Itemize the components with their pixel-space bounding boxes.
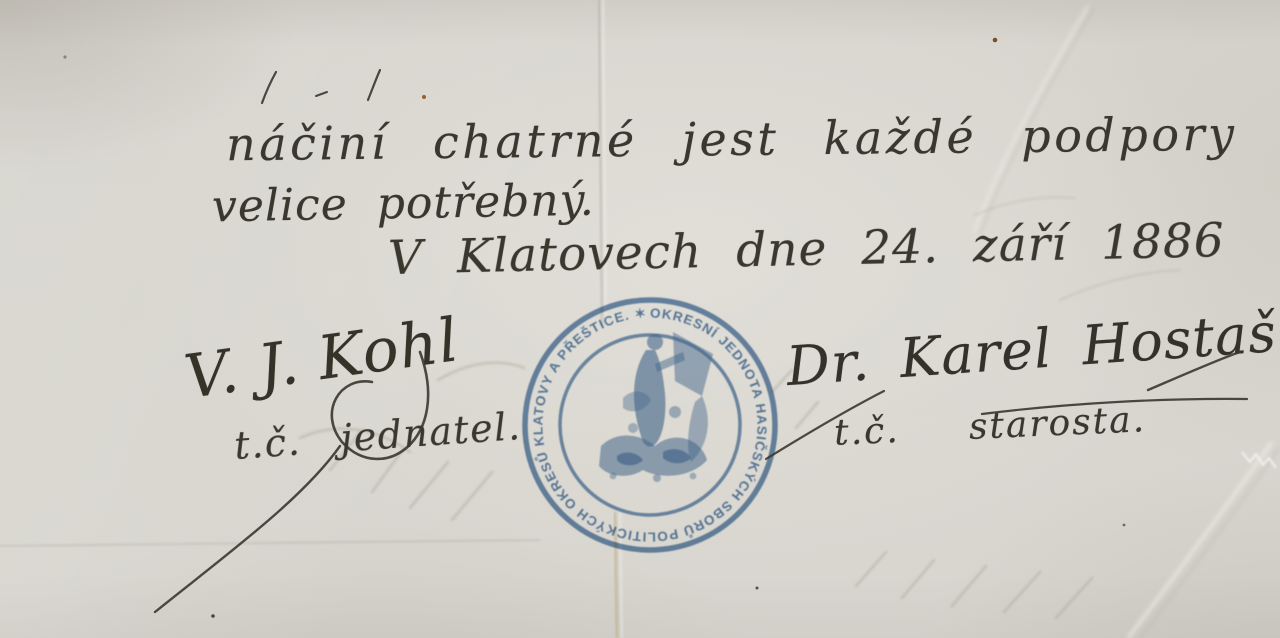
stray-accent-stroke (262, 72, 276, 103)
document-page: OKRESNÍ JEDNOTA HASIČSKÝCH SBORŮ POLITIC… (0, 0, 1280, 638)
signature-right-flourish-stroke (1148, 352, 1240, 390)
stray-accent-dot (316, 92, 327, 96)
signature-right-crossbar-stroke (982, 399, 1247, 414)
signature-left-descender-stroke (155, 446, 340, 612)
ink-flourish-layer (0, 0, 1280, 638)
stray-accent-stroke (368, 70, 380, 100)
signature-right-leadin-stroke (766, 391, 884, 459)
signature-left-loop-stroke (332, 352, 428, 459)
